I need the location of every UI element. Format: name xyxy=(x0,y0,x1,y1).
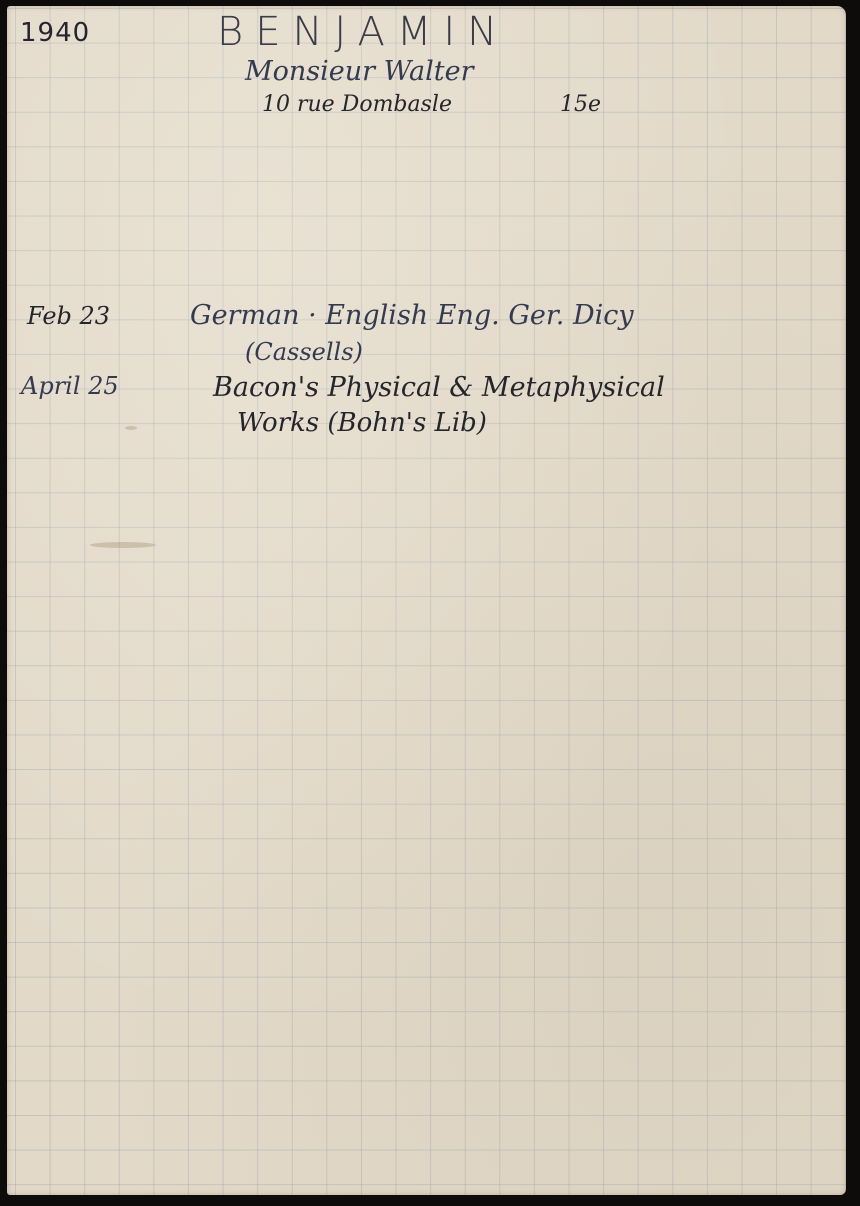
entry-title: Bacon's Physical & Metaphysical xyxy=(213,374,665,401)
entry-date: Feb 23 xyxy=(27,304,110,328)
entry-publisher: Works (Bohn's Lib) xyxy=(237,410,487,436)
entry-date: April 25 xyxy=(21,374,119,398)
entry-title: German · English Eng. Ger. Dicy xyxy=(190,302,634,329)
paper-stain xyxy=(125,426,137,430)
paper-stain xyxy=(90,542,156,548)
card-year: 1940 xyxy=(20,20,90,46)
entry-publisher: (Cassells) xyxy=(245,340,363,364)
member-first-name: Monsieur Walter xyxy=(245,58,474,85)
library-card: 1940 BENJAMIN Monsieur Walter 10 rue Dom… xyxy=(7,6,846,1195)
member-arrondissement: 15e xyxy=(560,94,601,116)
member-surname: BENJAMIN xyxy=(217,12,509,52)
member-address: 10 rue Dombasle xyxy=(262,94,452,116)
